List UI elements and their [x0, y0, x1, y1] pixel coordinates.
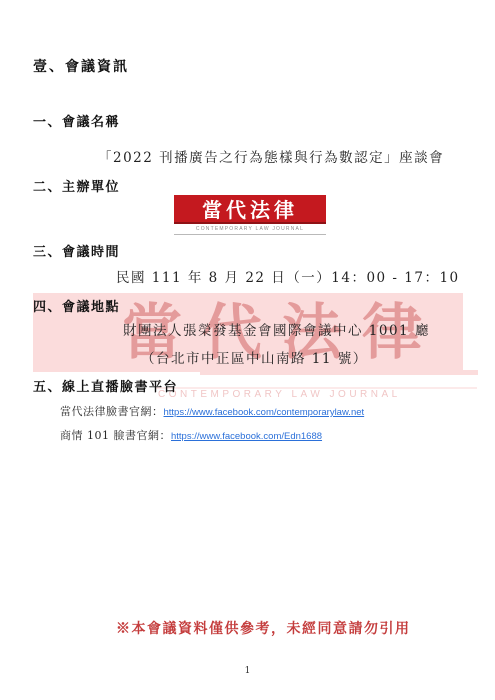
section5-heading: 五、線上直播臉書平台 [33, 376, 178, 395]
facebook-link-label-1: 當代法律臉書官網： [60, 405, 164, 418]
conference-title: 「2022 刊播廣告之行為態樣與行為數認定」座談會 [98, 146, 444, 166]
highlight-block-extension [200, 370, 478, 375]
organizer-logo: 當代法律 CONTEMPORARY LAW JOURNAL [174, 195, 326, 235]
venue-line: 財團法人張榮發基金會國際會議中心 1001 廳 [123, 319, 430, 339]
logo-name-text: 當代法律 [202, 194, 298, 223]
facebook-link-row-2: 商情 101 臉書官網：https://www.facebook.com/Edn… [60, 427, 322, 443]
facebook-link-row-1: 當代法律臉書官網：https://www.facebook.com/contem… [60, 403, 364, 419]
meeting-time: 民國 111 年 8 月 22 日（一）14：00 - 17：10 [116, 266, 460, 286]
page-number: 1 [0, 666, 495, 676]
facebook-link-url-1[interactable]: https://www.facebook.com/contemporarylaw… [164, 407, 365, 418]
watermark-subtitle: CONTEMPORARY LAW JOURNAL [158, 389, 401, 400]
facebook-link-url-2[interactable]: https://www.facebook.com/Edn1688 [171, 431, 322, 442]
main-heading: 壹、會議資訊 [33, 56, 129, 76]
section1-heading: 一、會議名稱 [33, 111, 120, 130]
facebook-link-label-2: 商情 101 臉書官網： [60, 429, 171, 442]
section2-heading: 二、主辦單位 [33, 176, 120, 195]
disclaimer-notice: ※本會議資料僅供參考，未經同意請勿引用 [116, 618, 411, 638]
document-page: { "doc": { "main_heading": "壹、會議資訊", "s1… [0, 0, 495, 700]
logo-red-banner: 當代法律 [174, 195, 326, 224]
section4-heading: 四、會議地點 [33, 296, 120, 315]
section3-heading: 三、會議時間 [33, 241, 120, 260]
address-line: （台北市中正區中山南路 11 號） [141, 347, 368, 367]
logo-divider [174, 234, 326, 235]
logo-subtitle-text: CONTEMPORARY LAW JOURNAL [174, 226, 326, 232]
